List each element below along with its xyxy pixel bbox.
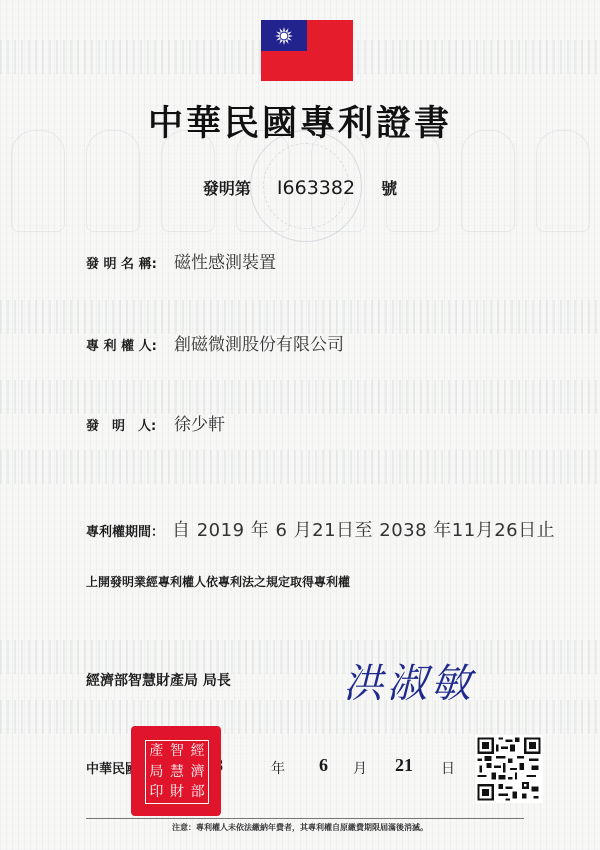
certificate-title: 中華民國專利證書 <box>0 96 600 146</box>
seal-char: 財 <box>167 782 188 803</box>
field-label: 發 明 名 稱: <box>86 253 174 272</box>
seal-char: 產 <box>146 741 167 762</box>
seal-char: 經 <box>187 741 208 762</box>
term-label: 專利權期間： <box>86 521 172 540</box>
official-seal: 經 智 產 濟 慧 局 部 財 印 <box>131 726 221 816</box>
number-prefix: 發明第 <box>203 179 251 198</box>
flag-icon <box>261 20 353 81</box>
date-month-unit: 月 <box>353 758 367 778</box>
date-month: 6 <box>319 755 328 776</box>
fee-notice: 注意：專利權人未依法繳納年費者，其專利權自原繳費期限屆滿後消滅。 <box>0 822 600 833</box>
sun-icon <box>275 27 293 45</box>
number-value: I663382 <box>277 177 355 199</box>
field-value: 徐少軒 <box>174 410 225 435</box>
patent-number: 發明第I663382號 <box>0 176 600 199</box>
field-label: 發 明 人: <box>86 415 174 434</box>
seal-char: 印 <box>146 782 167 803</box>
qr-code-icon[interactable] <box>475 735 543 803</box>
field-value: 磁性感測裝置 <box>174 248 276 273</box>
seal-char: 慧 <box>167 762 188 783</box>
guilloche-band <box>0 300 600 334</box>
date-day: 21 <box>395 755 413 776</box>
field-patentee: 專 利 權 人: 創磁微測股份有限公司 <box>86 330 344 355</box>
seal-char: 濟 <box>187 762 208 783</box>
divider <box>86 818 524 819</box>
guilloche-band <box>0 450 600 484</box>
guilloche-band <box>0 640 600 674</box>
date-year-unit: 年 <box>271 758 285 778</box>
seal-characters: 經 智 產 濟 慧 局 部 財 印 <box>145 740 209 804</box>
term-value: 自 2019 年 6 月21日至 2038 年11月26日止 <box>172 516 555 542</box>
number-suffix: 號 <box>381 179 397 198</box>
field-invention-title: 發 明 名 稱: 磁性感測裝置 <box>86 248 276 273</box>
field-inventor: 發 明 人: 徐少軒 <box>86 410 225 435</box>
seal-char: 智 <box>167 741 188 762</box>
field-label: 專 利 權 人: <box>86 335 174 354</box>
guilloche-band <box>0 380 600 414</box>
seal-char: 部 <box>187 782 208 803</box>
grant-statement: 上開發明業經專利權人依專利法之規定取得專利權 <box>86 573 350 590</box>
seal-char: 局 <box>146 762 167 783</box>
patent-term: 專利權期間： 自 2019 年 6 月21日至 2038 年11月26日止 <box>86 516 555 542</box>
director-signature: 洪淑敏 <box>343 652 475 709</box>
guilloche-band <box>0 700 600 734</box>
flag-canton <box>261 20 307 51</box>
date-day-unit: 日 <box>441 758 455 778</box>
field-value: 創磁微測股份有限公司 <box>174 330 344 355</box>
issuing-office: 經濟部智慧財產局 局長 <box>86 670 231 690</box>
